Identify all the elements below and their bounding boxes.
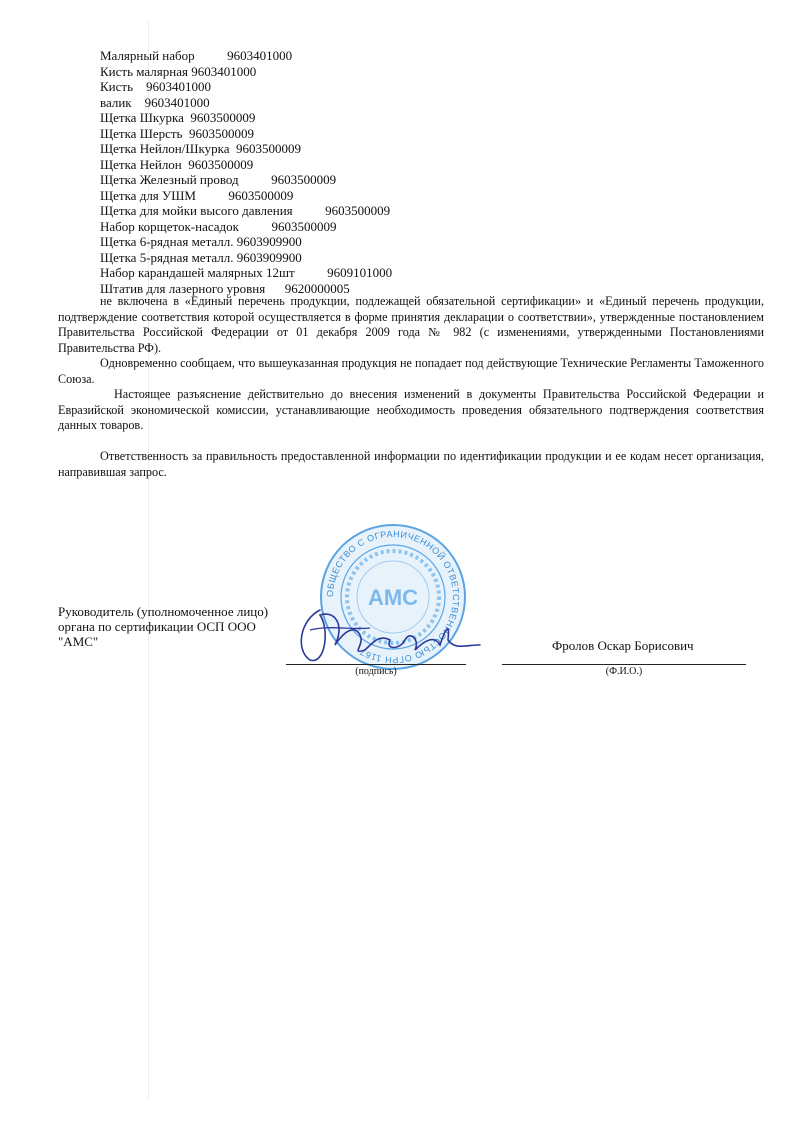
name-underline [502, 664, 746, 665]
list-item: Кисть 9603401000 [100, 79, 392, 95]
product-list: Малярный набор 9603401000 Кисть малярная… [100, 48, 392, 296]
list-item: Щетка для мойки высого давления 96035000… [100, 203, 392, 219]
signer-title: Руководитель (уполномоченное лицо) орган… [58, 604, 268, 649]
list-item: Набор корщеток-насадок 9603500009 [100, 219, 392, 235]
paragraph-responsibility: Ответственность за правильность предоста… [58, 449, 764, 480]
list-item: Щетка 6-рядная металл. 9603909900 [100, 234, 392, 250]
handwritten-signature-icon [290, 600, 490, 670]
signer-line: органа по сертификации ОСП ООО [58, 619, 268, 634]
list-item: Щетка Железный провод 9603500009 [100, 172, 392, 188]
list-item: Щетка Шкурка 9603500009 [100, 110, 392, 126]
name-caption: (Ф.И.О.) [502, 666, 746, 677]
list-item: Щетка 5-рядная металл. 9603909900 [100, 250, 392, 266]
paragraph-validity: Настоящее разъяснение действительно до в… [58, 387, 764, 434]
signer-full-name: Фролов Оскар Борисович [552, 638, 694, 654]
signature-underline [286, 664, 466, 665]
list-item: валик 9603401000 [100, 95, 392, 111]
list-item: Набор карандашей малярных 12шт 960910100… [100, 265, 392, 281]
paragraph-regulations: Одновременно сообщаем, что вышеуказанная… [58, 356, 764, 387]
signer-line: "АМС" [58, 634, 268, 649]
list-item: Малярный набор 9603401000 [100, 48, 392, 64]
paragraph-exclusion: не включена в «Единый перечень продукции… [58, 294, 764, 356]
signature-caption: (подпись) [286, 666, 466, 677]
document-page: Малярный набор 9603401000 Кисть малярная… [0, 0, 793, 1123]
list-item: Щетка Шерсть 9603500009 [100, 126, 392, 142]
list-item: Кисть малярная 9603401000 [100, 64, 392, 80]
signer-line: Руководитель (уполномоченное лицо) [58, 604, 268, 619]
list-item: Щетка для УШМ 9603500009 [100, 188, 392, 204]
list-item: Щетка Нейлон 9603500009 [100, 157, 392, 173]
list-item: Щетка Нейлон/Шкурка 9603500009 [100, 141, 392, 157]
